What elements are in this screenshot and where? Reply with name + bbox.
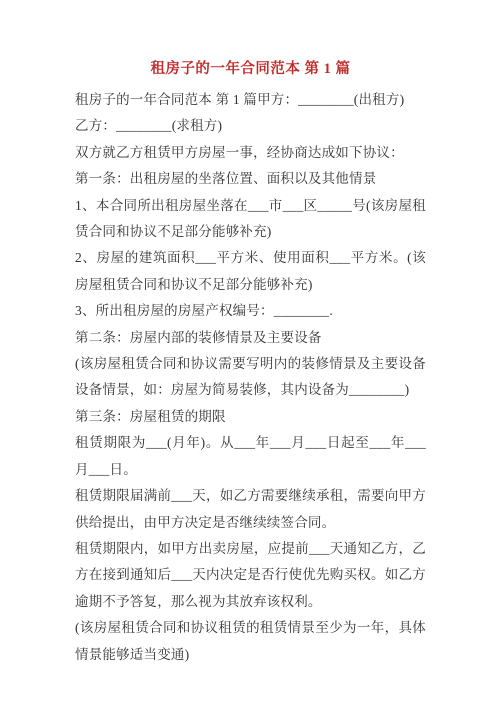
paragraph: 2、房屋的建筑面积___平方米、使用面积___平方米。(该房屋租赁合同和协议不足… bbox=[75, 245, 426, 298]
document-title: 租房子的一年合同范本 第 1 篇 bbox=[75, 58, 426, 80]
paragraph: 第二条：房屋内部的装修情景及主要设备 bbox=[75, 325, 426, 351]
paragraph: 租赁期限内，如甲方出卖房屋，应提前___天通知乙方，乙方在接到通知后___天内决… bbox=[75, 536, 426, 615]
paragraph: 第三条：房屋租赁的期限 bbox=[75, 404, 426, 430]
document-page: 租房子的一年合同范本 第 1 篇 租房子的一年合同范本 第 1 篇甲方：____… bbox=[0, 0, 500, 707]
paragraph: 第一条：出租房屋的坐落位置、面积以及其他情景 bbox=[75, 166, 426, 192]
document-body: 租房子的一年合同范本 第 1 篇甲方：________(出租方)乙方：_____… bbox=[75, 87, 426, 668]
paragraph: 租赁期限届满前___天，如乙方需要继续承租，需要向甲方供给提出，由甲方决定是否继… bbox=[75, 483, 426, 536]
paragraph: (该房屋租赁合同和协议需要写明内的装修情景及主要设备设备情景，如：房屋为简易装修… bbox=[75, 351, 426, 404]
paragraph: 租赁期限为___(月年)。从___年___月___日起至___年___月___日… bbox=[75, 430, 426, 483]
paragraph: 1、本合同所出租房屋坐落在___市___区_____号(该房屋租赁合同和协议不足… bbox=[75, 193, 426, 246]
paragraph: 租房子的一年合同范本 第 1 篇甲方：________(出租方) bbox=[75, 87, 426, 113]
paragraph: 乙方：________(求租方) bbox=[75, 113, 426, 139]
paragraph: (该房屋租赁合同和协议租赁的租赁情景至少为一年，具体情景能够适当变通) bbox=[75, 615, 426, 668]
paragraph: 3、所出租房屋的房屋产权编号：________. bbox=[75, 298, 426, 324]
paragraph: 双方就乙方租赁甲方房屋一事，经协商达成如下协议： bbox=[75, 140, 426, 166]
